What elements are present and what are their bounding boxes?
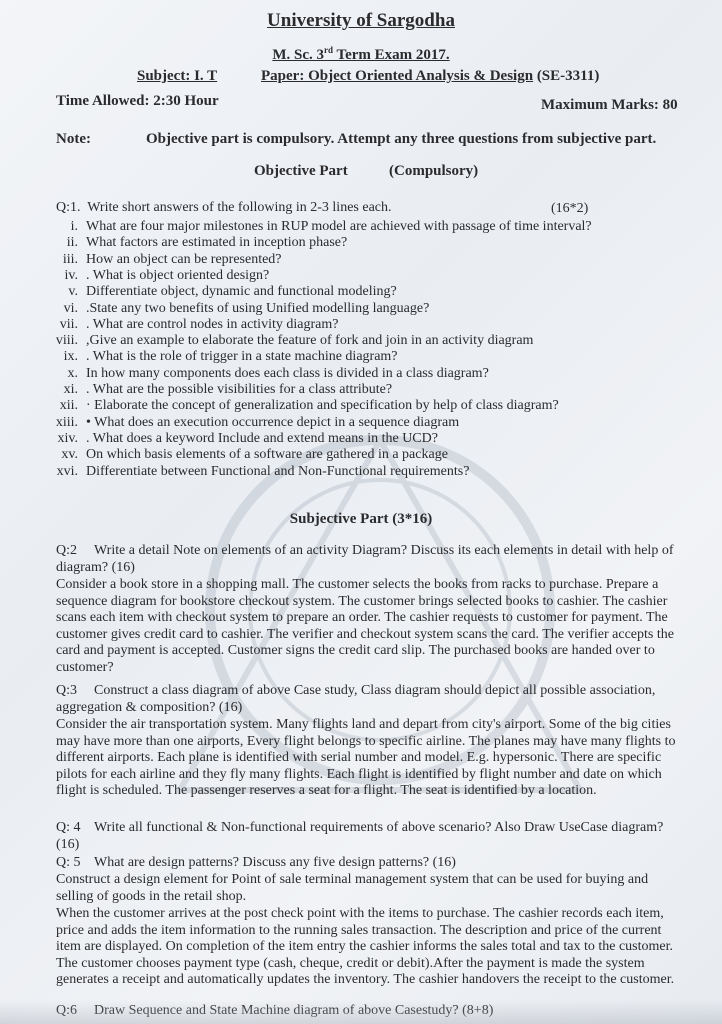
question-text: Differentiate object, dynamic and functi…	[86, 284, 397, 300]
question-text: · Elaborate the concept of generalizatio…	[86, 398, 559, 414]
question-text: • What does an execution occurrence depi…	[86, 415, 459, 431]
question-text: .State any two benefits of using Unified…	[86, 301, 429, 317]
question-number: iv.	[38, 268, 78, 284]
question-text: . What are the possible visibilities for…	[86, 382, 392, 398]
question-label: Q: 5	[56, 855, 94, 872]
question-number: vi.	[38, 301, 78, 317]
question-number: v.	[38, 284, 78, 300]
question-number: xii.	[38, 398, 78, 414]
question-number: ii.	[38, 235, 78, 251]
question-body: Write a detail Note on elements of an ac…	[56, 543, 673, 575]
question-body: Write all functional & Non-functional re…	[56, 820, 663, 852]
paper-name: Paper: Object Oriented Analysis & Design	[261, 68, 533, 84]
question-number: x.	[38, 366, 78, 382]
objective-subheading: (Compulsory)	[389, 163, 478, 180]
subjective-question: Q:3Construct a class diagram of above Ca…	[56, 683, 676, 716]
question-number: vii.	[38, 317, 78, 333]
subjective-question: Q:2Write a detail Note on elements of an…	[56, 543, 676, 576]
term-sup: rd	[324, 45, 333, 55]
question-text: Differentiate between Functional and Non…	[86, 464, 469, 480]
question-number: i.	[38, 219, 78, 235]
time-allowed: Time Allowed: 2:30 Hour	[56, 93, 219, 110]
question-label: Q: 4	[56, 820, 94, 837]
exam-paper: University of Sargodha M. Sc. 3rd Term E…	[0, 0, 722, 1024]
q1-text: Write short answers of the following in …	[87, 200, 391, 215]
case-study-text: Construct a design element for Point of …	[56, 872, 676, 905]
question-text: . What are control nodes in activity dia…	[86, 317, 338, 333]
question-number: xvi.	[38, 464, 78, 480]
term-prefix: M. Sc. 3	[272, 47, 324, 63]
question-body: Consider the air transportation system. …	[56, 717, 675, 798]
question-label: Q:3	[56, 683, 94, 700]
paper-code: (SE-3311)	[537, 68, 600, 84]
question-number: xi.	[38, 382, 78, 398]
maximum-marks: Maximum Marks: 80	[541, 97, 678, 114]
question-text: What factors are estimated in inception …	[86, 235, 347, 251]
question-body: Construct a class diagram of above Case …	[56, 683, 655, 715]
question-text: . What is object oriented design?	[86, 268, 269, 284]
university-title: University of Sargodha	[0, 10, 722, 32]
case-study-text: When the customer arrives at the post ch…	[56, 906, 676, 989]
subjective-question: Q: 4Write all functional & Non-functiona…	[56, 820, 676, 853]
exam-term: M. Sc. 3rd Term Exam 2017.	[0, 45, 722, 64]
note-label: Note:	[56, 131, 91, 148]
q1-marks: (16*2)	[551, 201, 588, 217]
case-study-text: Consider a book store in a shopping mall…	[56, 577, 676, 677]
subjective-heading: Subjective Part (3*16)	[0, 511, 722, 528]
question-text: ,Give an example to elaborate the featur…	[86, 333, 533, 349]
question-text: . What is the role of trigger in a state…	[86, 349, 398, 365]
question-body: What are design patterns? Discuss any fi…	[94, 855, 456, 870]
subject-label: Subject: I. T	[137, 68, 217, 85]
subjective-question: Q: 5What are design patterns? Discuss an…	[56, 855, 676, 872]
question-label: Q:2	[56, 543, 94, 560]
note-text: Objective part is compulsory. Attempt an…	[146, 131, 656, 148]
question-text: How an object can be represented?	[86, 252, 282, 268]
question-number: ix.	[38, 349, 78, 365]
term-suffix: Term Exam 2017.	[333, 47, 450, 63]
question-text: In how many components does each class i…	[86, 366, 489, 382]
case-study-text: Consider the air transportation system. …	[56, 717, 676, 800]
question-text: . What does a keyword Include and extend…	[86, 431, 438, 447]
q1-label: Q:1.	[56, 200, 81, 215]
question-body: Consider a book store in a shopping mall…	[56, 577, 674, 675]
question-body: Construct a design element for Point of …	[56, 872, 648, 904]
question-number: xiii.	[38, 415, 78, 431]
question-number: viii.	[38, 333, 78, 349]
question-text: What are four major milestones in RUP mo…	[86, 219, 592, 235]
question-body: When the customer arrives at the post ch…	[56, 906, 674, 987]
q1-instruction: Q:1. Write short answers of the followin…	[56, 200, 392, 216]
objective-heading: Objective Part	[254, 163, 348, 180]
question-number: xv.	[38, 447, 78, 463]
question-number: xiv.	[38, 431, 78, 447]
question-number: iii.	[38, 252, 78, 268]
scan-shadow	[0, 1000, 722, 1024]
question-text: On which basis elements of a software ar…	[86, 447, 448, 463]
paper-title: Paper: Object Oriented Analysis & Design…	[261, 68, 599, 85]
